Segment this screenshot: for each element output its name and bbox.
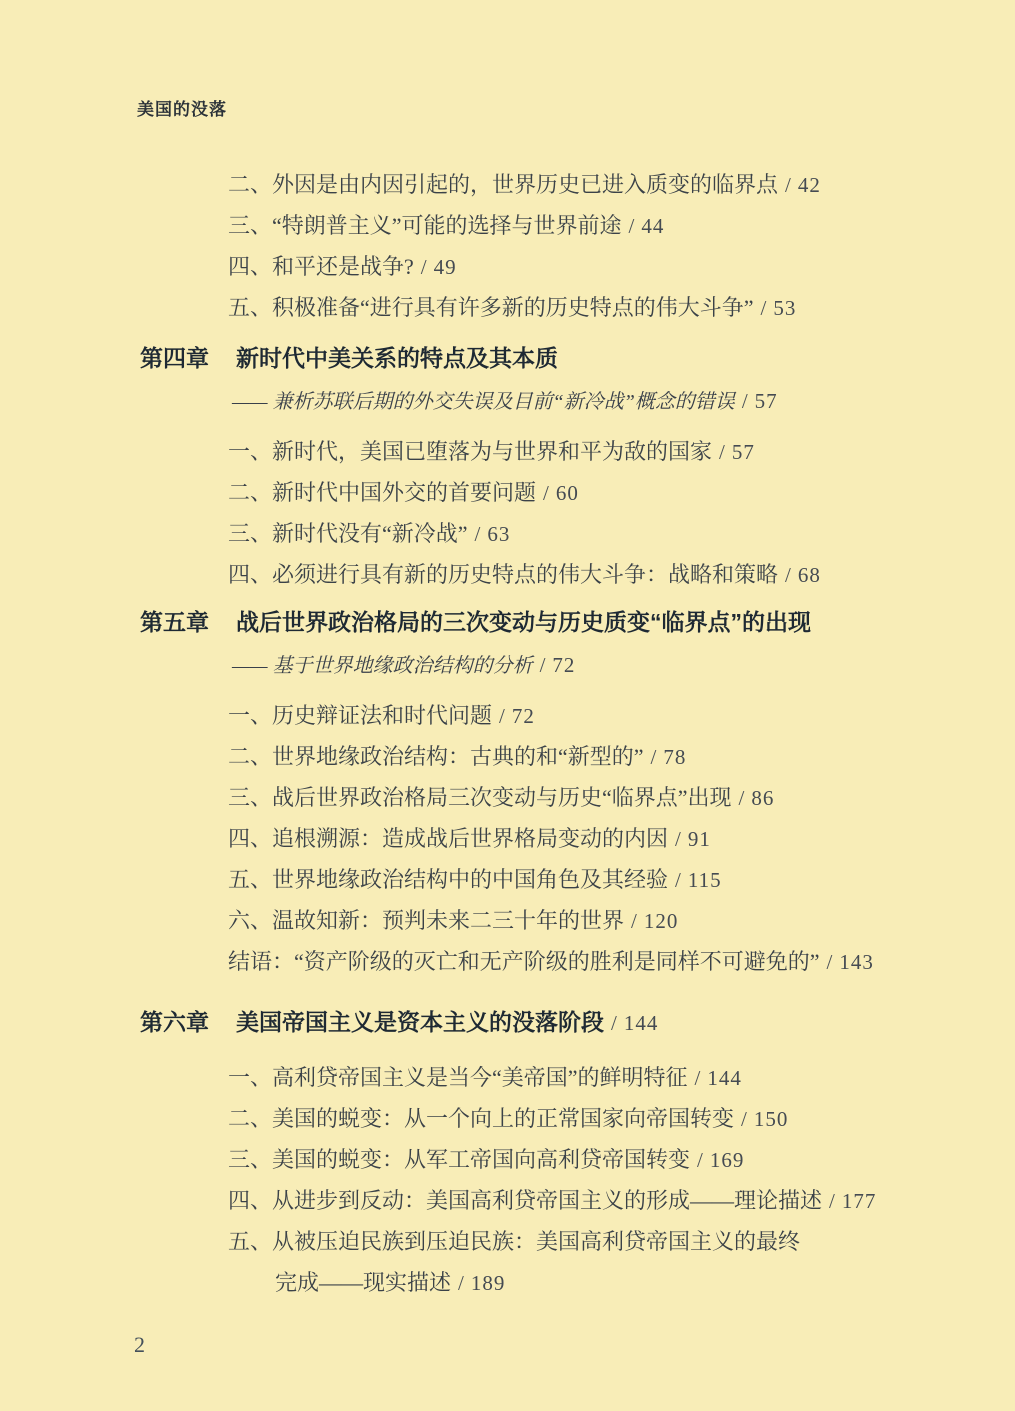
chapter-title: 战后世界政治格局的三次变动与历史质变“临界点”的出现 [236,609,811,635]
page-separator: / [675,827,681,851]
page-number: 143 [839,950,874,974]
page-separator: / [739,786,745,810]
chapter-heading: 第五章战后世界政治格局的三次变动与历史质变“临界点”的出现 [140,600,1015,644]
page-separator: / [829,1189,835,1213]
toc-entry: 一、新时代，美国已堕落为与世界和平为敌的国家/57 [228,431,1015,472]
page-separator: / [631,909,637,933]
entry-list: 一、历史辩证法和时代问题/72 二、世界地缘政治结构：古典的和“新型的”/78 … [0,695,1015,982]
subtitle-text: —— 兼析苏联后期的外交失误及目前“新冷战”概念的错误 [232,391,735,413]
page-separator: / [629,214,635,238]
entry-text: 一、历史辩证法和时代问题 [228,703,492,728]
page-separator: / [475,522,481,546]
page-separator: / [543,481,549,505]
book-page: 美国的没落 二、外因是由内因引起的，世界历史已进入质变的临界点/42 三、“特朗… [0,0,1015,1411]
toc-entry-continuation: 完成——现实描述/189 [275,1262,1015,1303]
chapter-heading: 第四章新时代中美关系的特点及其本质 [140,336,1015,380]
page-number: 144 [707,1066,742,1090]
entry-text: 四、从进步到反动：美国高利贷帝国主义的形成——理论描述 [228,1188,822,1213]
entry-text: 四、和平还是战争? [228,254,414,279]
toc-entry: 三、美国的蜕变：从军工帝国向高利贷帝国转变/169 [228,1139,1015,1180]
chapter-heading: 第六章美国帝国主义是资本主义的没落阶段/144 [140,1000,1015,1044]
page-separator: / [741,1107,747,1131]
toc-entry: 一、高利贷帝国主义是当今“美帝国”的鲜明特征/144 [228,1057,1015,1098]
toc-entry: 五、从被压迫民族到压迫民族：美国高利贷帝国主义的最终 [228,1221,1015,1262]
entry-text: 四、追根溯源：造成战后世界格局变动的内因 [228,826,668,851]
entry-text: 三、战后世界政治格局三次变动与历史“临界点”出现 [228,785,732,810]
page-number: 72 [512,704,535,728]
page-number: 57 [732,440,755,464]
entry-text: 五、从被压迫民族到压迫民族：美国高利贷帝国主义的最终 [228,1229,800,1254]
toc-section-chapter5: 第五章战后世界政治格局的三次变动与历史质变“临界点”的出现 —— 基于世界地缘政… [0,600,1015,982]
page-number: 177 [842,1189,877,1213]
toc-entry: 三、战后世界政治格局三次变动与历史“临界点”出现/86 [228,777,1015,818]
folio-page-number: 2 [134,1332,145,1358]
entry-text: 五、积极准备“进行具有许多新的历史特点的伟大斗争” [228,295,754,320]
entry-text: 二、世界地缘政治结构：古典的和“新型的” [228,744,644,769]
page-number: 189 [471,1271,506,1295]
subtitle-text: —— 基于世界地缘政治结构的分析 [232,655,533,677]
page-separator: / [827,950,833,974]
page-separator: / [611,1011,617,1035]
toc-entry: 五、世界地缘政治结构中的中国角色及其经验/115 [228,859,1015,900]
toc-entry: 四、必须进行具有新的历史特点的伟大斗争：战略和策略/68 [228,554,1015,595]
page-number: 42 [798,173,821,197]
toc-entry: 二、美国的蜕变：从一个向上的正常国家向帝国转变/150 [228,1098,1015,1139]
toc-section-chapter6: 第六章美国帝国主义是资本主义的没落阶段/144 一、高利贷帝国主义是当今“美帝国… [0,1000,1015,1303]
entry-text: 二、新时代中国外交的首要问题 [228,480,536,505]
page-separator: / [785,173,791,197]
page-separator: / [697,1148,703,1172]
toc-entry: 二、世界地缘政治结构：古典的和“新型的”/78 [228,736,1015,777]
chapter-title: 美国帝国主义是资本主义的没落阶段 [236,1009,604,1035]
running-header: 美国的没落 [137,95,227,120]
entry-list: 一、高利贷帝国主义是当今“美帝国”的鲜明特征/144 二、美国的蜕变：从一个向上… [0,1057,1015,1303]
page-separator: / [675,868,681,892]
toc-entry: 三、“特朗普主义”可能的选择与世界前途/44 [228,205,1015,246]
entry-text: 五、世界地缘政治结构中的中国角色及其经验 [228,867,668,892]
page-number: 53 [773,296,796,320]
page-number: 144 [624,1011,659,1035]
page-separator: / [540,653,546,677]
toc-entry: 二、外因是由内因引起的，世界历史已进入质变的临界点/42 [228,164,1015,205]
page-number: 63 [487,522,510,546]
page-number: 57 [755,389,778,413]
toc-entry: 二、新时代中国外交的首要问题/60 [228,472,1015,513]
page-separator: / [742,389,748,413]
entry-text: 一、高利贷帝国主义是当今“美帝国”的鲜明特征 [228,1065,688,1090]
entry-text: 三、“特朗普主义”可能的选择与世界前途 [228,213,622,238]
page-separator: / [785,563,791,587]
page-number: 60 [556,481,579,505]
page-number: 120 [644,909,679,933]
entry-text: 四、必须进行具有新的历史特点的伟大斗争：战略和策略 [228,562,778,587]
page-number: 115 [688,868,722,892]
page-separator: / [695,1066,701,1090]
toc-section-chapter4: 第四章新时代中美关系的特点及其本质 —— 兼析苏联后期的外交失误及目前“新冷战”… [0,336,1015,595]
toc-entry: 三、新时代没有“新冷战”/63 [228,513,1015,554]
page-number: 72 [552,653,575,677]
chapter-title: 新时代中美关系的特点及其本质 [236,345,558,371]
page-separator: / [719,440,725,464]
page-separator: / [651,745,657,769]
entry-text: 三、新时代没有“新冷战” [228,521,468,546]
entry-text: 三、美国的蜕变：从军工帝国向高利贷帝国转变 [228,1147,690,1172]
chapter-subtitle: —— 基于世界地缘政治结构的分析/72 [232,644,1015,686]
page-number: 91 [688,827,711,851]
chapter-number: 第四章 [140,345,209,371]
page-separator: / [761,296,767,320]
page-number: 49 [434,255,457,279]
table-of-contents: 二、外因是由内因引起的，世界历史已进入质变的临界点/42 三、“特朗普主义”可能… [0,164,1015,1303]
chapter-subtitle: —— 兼析苏联后期的外交失误及目前“新冷战”概念的错误/57 [232,380,1015,422]
page-number: 150 [754,1107,789,1131]
page-separator: / [458,1271,464,1295]
toc-entry: 结语：“资产阶级的灭亡和无产阶级的胜利是同样不可避免的”/143 [228,941,1015,982]
entry-text: 二、外因是由内因引起的，世界历史已进入质变的临界点 [228,172,778,197]
toc-entry: 四、从进步到反动：美国高利贷帝国主义的形成——理论描述/177 [228,1180,1015,1221]
page-separator: / [421,255,427,279]
entry-text: 结语：“资产阶级的灭亡和无产阶级的胜利是同样不可避免的” [228,949,820,974]
toc-section-carryover: 二、外因是由内因引起的，世界历史已进入质变的临界点/42 三、“特朗普主义”可能… [0,164,1015,328]
page-number: 86 [751,786,774,810]
toc-entry: 五、积极准备“进行具有许多新的历史特点的伟大斗争”/53 [228,287,1015,328]
chapter-number: 第五章 [140,609,209,635]
toc-entry: 四、追根溯源：造成战后世界格局变动的内因/91 [228,818,1015,859]
page-number: 68 [798,563,821,587]
entry-text: 六、温故知新：预判未来二三十年的世界 [228,908,624,933]
entry-text: 完成——现实描述 [275,1270,451,1295]
toc-entry: 四、和平还是战争?/49 [228,246,1015,287]
page-number: 44 [641,214,664,238]
toc-entry: 六、温故知新：预判未来二三十年的世界/120 [228,900,1015,941]
page-number: 78 [663,745,686,769]
entry-text: 二、美国的蜕变：从一个向上的正常国家向帝国转变 [228,1106,734,1131]
entry-text: 一、新时代，美国已堕落为与世界和平为敌的国家 [228,439,712,464]
page-separator: / [499,704,505,728]
entry-list: 二、外因是由内因引起的，世界历史已进入质变的临界点/42 三、“特朗普主义”可能… [0,164,1015,328]
chapter-number: 第六章 [140,1009,209,1035]
entry-list: 一、新时代，美国已堕落为与世界和平为敌的国家/57 二、新时代中国外交的首要问题… [0,431,1015,595]
page-number: 169 [710,1148,745,1172]
toc-entry: 一、历史辩证法和时代问题/72 [228,695,1015,736]
